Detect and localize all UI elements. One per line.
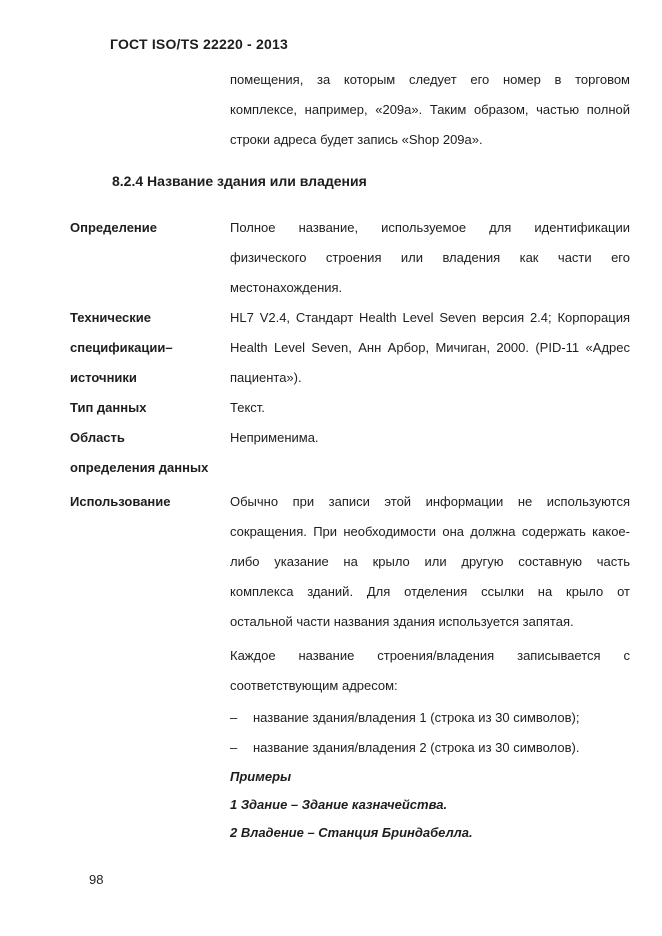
text-line: соответствующим адресом:	[230, 671, 630, 701]
text-line: либо указание на крыло или другую состав…	[230, 547, 630, 577]
text-line: 2 Владение – Станция Бриндабелла.	[230, 819, 630, 847]
text-line: Область	[70, 423, 230, 453]
field-row: ОпределениеПолное название, используемое…	[70, 213, 630, 303]
text-line: Тип данных	[70, 393, 230, 423]
field-label: Областьопределения данных	[70, 423, 230, 483]
section-heading: 8.2.4 Название здания или владения	[112, 173, 367, 189]
text-line: комплексе, например, «209а». Таким образ…	[230, 95, 630, 125]
examples-block: Примеры1 Здание – Здание казначейства.2 …	[230, 763, 630, 847]
field-label: Использование	[70, 487, 230, 517]
paragraph-block: Обычно при записи этой информации не исп…	[230, 487, 630, 637]
paragraph-block: Текст.	[230, 393, 630, 423]
paragraph-block: Каждое название строения/владения записы…	[230, 641, 630, 701]
text-line: Примеры	[230, 763, 630, 791]
paragraph-block: Полное название, используемое для иденти…	[230, 213, 630, 303]
field-value: Текст.	[230, 393, 630, 423]
dash-list: –название здания/владения 1 (строка из 3…	[230, 703, 630, 763]
text-line: пациента»).	[230, 363, 630, 393]
paragraph-block: Неприменима.	[230, 423, 630, 453]
field-label: Тип данных	[70, 393, 230, 423]
list-item-text: название здания/владения 1 (строка из 30…	[253, 710, 579, 725]
field-row: ИспользованиеОбычно при записи этой инфо…	[70, 487, 630, 847]
text-line: строки адреса будет запись «Shop 209a».	[230, 125, 630, 155]
field-value: HL7 V2.4, Стандарт Health Level Seven ве…	[230, 303, 630, 393]
text-line: комплекса зданий. Для отделения ссылки н…	[230, 577, 630, 607]
text-line: физического строения или владения как ча…	[230, 243, 630, 273]
field-label: Техническиеспецификации–источники	[70, 303, 230, 393]
text-line: Технические	[70, 303, 230, 333]
text-line: помещения, за которым следует его номер …	[230, 65, 630, 95]
field-row: Техническиеспецификации–источникиHL7 V2.…	[70, 303, 630, 393]
text-line: Health Level Seven, Анн Арбор, Мичиган, …	[230, 333, 630, 363]
text-line: спецификации–	[70, 333, 230, 363]
text-line: Каждое название строения/владения записы…	[230, 641, 630, 671]
text-line: Обычно при записи этой информации не исп…	[230, 487, 630, 517]
text-line: определения данных	[70, 453, 230, 483]
list-item-text: название здания/владения 2 (строка из 30…	[253, 740, 579, 755]
text-line: Полное название, используемое для иденти…	[230, 213, 630, 243]
text-line: Неприменима.	[230, 423, 630, 453]
page-number: 98	[89, 872, 103, 887]
field-row: Тип данныхТекст.	[70, 393, 630, 423]
field-row: Областьопределения данныхНеприменима.	[70, 423, 630, 483]
text-line: местонахождения.	[230, 273, 630, 303]
field-value: Неприменима.	[230, 423, 630, 453]
list-dash: –	[230, 703, 237, 733]
text-line: 1 Здание – Здание казначейства.	[230, 791, 630, 819]
list-item: –название здания/владения 2 (строка из 3…	[230, 733, 630, 763]
text-line: Использование	[70, 487, 230, 517]
document-title: ГОСТ ISO/TS 22220 - 2013	[110, 36, 288, 52]
paragraph-block: HL7 V2.4, Стандарт Health Level Seven ве…	[230, 303, 630, 393]
list-dash: –	[230, 733, 237, 763]
text-line: сокращения. При необходимости она должна…	[230, 517, 630, 547]
definition-field-table: ОпределениеПолное название, используемое…	[70, 213, 630, 847]
field-value: Полное название, используемое для иденти…	[230, 213, 630, 303]
intro-paragraph: помещения, за которым следует его номер …	[230, 65, 630, 155]
text-line: HL7 V2.4, Стандарт Health Level Seven ве…	[230, 303, 630, 333]
text-line: остальной части названия здания использу…	[230, 607, 630, 637]
document-page: ГОСТ ISO/TS 22220 - 2013 помещения, за к…	[0, 0, 662, 936]
text-line: Текст.	[230, 393, 630, 423]
text-line: источники	[70, 363, 230, 393]
field-label: Определение	[70, 213, 230, 243]
list-item: –название здания/владения 1 (строка из 3…	[230, 703, 630, 733]
text-line: Определение	[70, 213, 230, 243]
field-value: Обычно при записи этой информации не исп…	[230, 487, 630, 847]
